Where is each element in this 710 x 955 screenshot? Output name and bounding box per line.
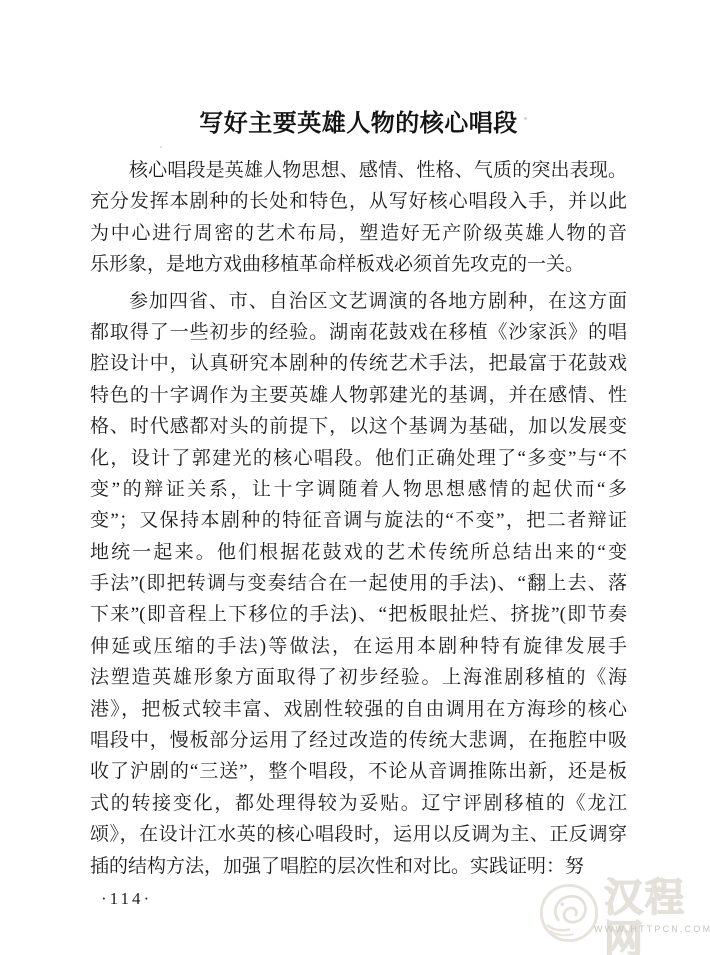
text-line: 地统一起来。他们根据花鼓戏的艺术传统所总结出来的“变 bbox=[90, 537, 627, 568]
httpcn-dragon-logo-icon bbox=[538, 882, 600, 944]
text-line: 为中心进行周密的艺术布局，塑造好无产阶级英雄人物的音 bbox=[90, 218, 627, 249]
paragraph: 参加四省、市、自治区文艺调演的各地方剧种，在这方面都取得了一些初步的经验。湖南花… bbox=[90, 286, 627, 882]
watermark: 汉程网 WWW.HTTPCN.COM bbox=[538, 876, 710, 955]
text-line: 参加四省、市、自治区文艺调演的各地方剧种，在这方面 bbox=[90, 286, 627, 317]
text-line: 法塑造英雄形象方面取得了初步经验。上海淮剧移植的《海 bbox=[90, 662, 627, 693]
text-line: 伸延或压缩的手法)等做法，在运用本剧种特有旋律发展手 bbox=[90, 631, 627, 662]
body-text: 核心唱段是英雄人物思想、感情、性格、气质的突出表现。充分发挥本剧种的长处和特色，… bbox=[90, 155, 627, 882]
page-number: ·114· bbox=[101, 889, 152, 909]
watermark-site-name: 汉程网 bbox=[604, 878, 710, 955]
text-line: 唱段中，慢板部分运用了经过改造的传统大悲调，在拖腔中吸 bbox=[90, 725, 627, 756]
text-line: 式的转接变化，都处理得较为妥贴。辽宁评剧移植的《龙江 bbox=[90, 788, 627, 819]
scan-noise-dot bbox=[614, 333, 616, 335]
scan-noise-dot bbox=[238, 497, 240, 499]
text-line: 乐形象，是地方戏曲移植革命样板戏必须首先攻克的一关。 bbox=[90, 249, 627, 280]
text-line: 下来”(即音程上下移位的手法)、“把板眼扯烂、挤拢”(即节奏 bbox=[90, 599, 627, 630]
text-line: 特色的十字调作为主要英雄人物郭建光的基调，并在感情、性 bbox=[90, 380, 627, 411]
text-line: 核心唱段是英雄人物思想、感情、性格、气质的突出表现。 bbox=[90, 155, 627, 186]
scan-noise-dot bbox=[524, 117, 527, 120]
text-line: 化，设计了郭建光的核心唱段。他们正确处理了“多变”与“不 bbox=[90, 443, 627, 474]
text-line: 收了沪剧的“三送”，整个唱段，不论从音调推陈出新，还是板 bbox=[90, 756, 627, 787]
text-line: 颂》，在设计江水英的核心唱段时，运用以反调为主、正反调穿 bbox=[90, 819, 627, 850]
text-line: 都取得了一些初步的经验。湖南花鼓戏在移植《沙家浜》的唱 bbox=[90, 317, 627, 348]
text-line: 手法”(即把转调与变奏结合在一起使用的手法)、“翻上去、落 bbox=[90, 568, 627, 599]
book-page: 写好主要英雄人物的核心唱段 核心唱段是英雄人物思想、感情、性格、气质的突出表现。… bbox=[0, 0, 710, 955]
text-line: 格、时代感都对头的前提下，以这个基调为基础，加以发展变 bbox=[90, 411, 627, 442]
scan-noise-dot bbox=[160, 146, 162, 148]
text-line: 腔设计中，认真研究本剧种的传统艺术手法，把最富于花鼓戏 bbox=[90, 348, 627, 379]
text-line: 变”；又保持本剧种的特征音调与旋法的“不变”，把二者辩证 bbox=[90, 505, 627, 536]
text-line: 变”的辩证关系，让十字调随着人物思想感情的起伏而“多 bbox=[90, 474, 627, 505]
paragraph: 核心唱段是英雄人物思想、感情、性格、气质的突出表现。充分发挥本剧种的长处和特色，… bbox=[90, 155, 627, 281]
text-line: 港》，把板式较丰富、戏剧性较强的自由调用在方海珍的核心 bbox=[90, 694, 627, 725]
scan-noise-dot bbox=[351, 290, 353, 292]
page-title: 写好主要英雄人物的核心唱段 bbox=[90, 103, 627, 138]
watermark-url: WWW.HTTPCN.COM bbox=[594, 924, 710, 934]
text-line: 充分发挥本剧种的长处和特色，从写好核心唱段入手，并以此 bbox=[90, 186, 627, 217]
scan-noise-dot bbox=[455, 744, 457, 746]
